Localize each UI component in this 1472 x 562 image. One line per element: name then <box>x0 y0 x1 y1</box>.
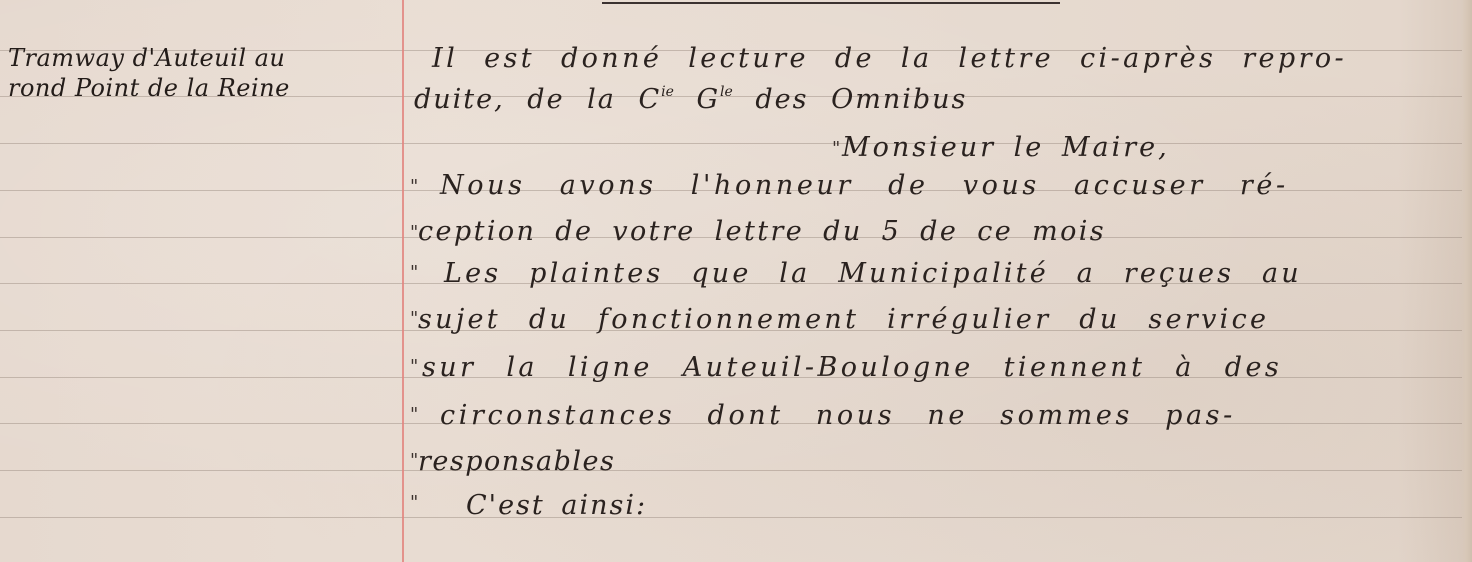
register-page: Tramway d'Auteuil au rond Point de la Re… <box>0 0 1472 562</box>
ruled-line <box>0 517 1462 518</box>
body-line-2-text3: des Omnibus <box>733 84 968 115</box>
quote-mark: " <box>832 138 840 159</box>
quote-mark: " <box>410 492 418 513</box>
ruled-line <box>0 143 1462 144</box>
body-line-2-text: duite, de la C <box>414 84 661 115</box>
body-line-11: C'est ainsi: <box>466 490 647 521</box>
body-line-10: responsables <box>418 446 615 477</box>
body-line-7: sujet du fonctionnement irrégulier du se… <box>418 304 1269 335</box>
abbrev-cie: ie <box>661 84 674 100</box>
body-line-8: sur la ligne Auteuil-Boulogne tiennent à… <box>422 352 1282 383</box>
body-line-6: Les plaintes que la Municipalité a reçue… <box>444 258 1302 289</box>
salutation: Monsieur le Maire, <box>842 132 1170 163</box>
body-line-2-text2: G <box>674 84 720 115</box>
quote-mark: " <box>410 262 418 283</box>
abbrev-gle: le <box>720 84 733 100</box>
margin-note-line-1: Tramway d'Auteuil au <box>8 44 285 72</box>
margin-note-line-2: rond Point de la Reine <box>8 74 290 102</box>
section-divider <box>602 2 1060 4</box>
quote-mark: " <box>410 356 418 377</box>
quote-mark: " <box>410 176 418 197</box>
body-line-9: circonstances dont nous ne sommes pas- <box>440 400 1236 431</box>
ruled-line <box>0 470 1462 471</box>
red-margin-line <box>402 0 404 562</box>
quote-mark: " <box>410 404 418 425</box>
page-edge <box>1462 0 1472 562</box>
body-line-1: Il est donné lecture de la lettre ci-apr… <box>432 43 1347 74</box>
body-line-5: ception de votre lettre du 5 de ce mois <box>418 216 1106 247</box>
body-line-2: duite, de la Cie Gle des Omnibus <box>414 84 967 115</box>
body-line-4: Nous avons l'honneur de vous accuser ré- <box>440 170 1289 201</box>
